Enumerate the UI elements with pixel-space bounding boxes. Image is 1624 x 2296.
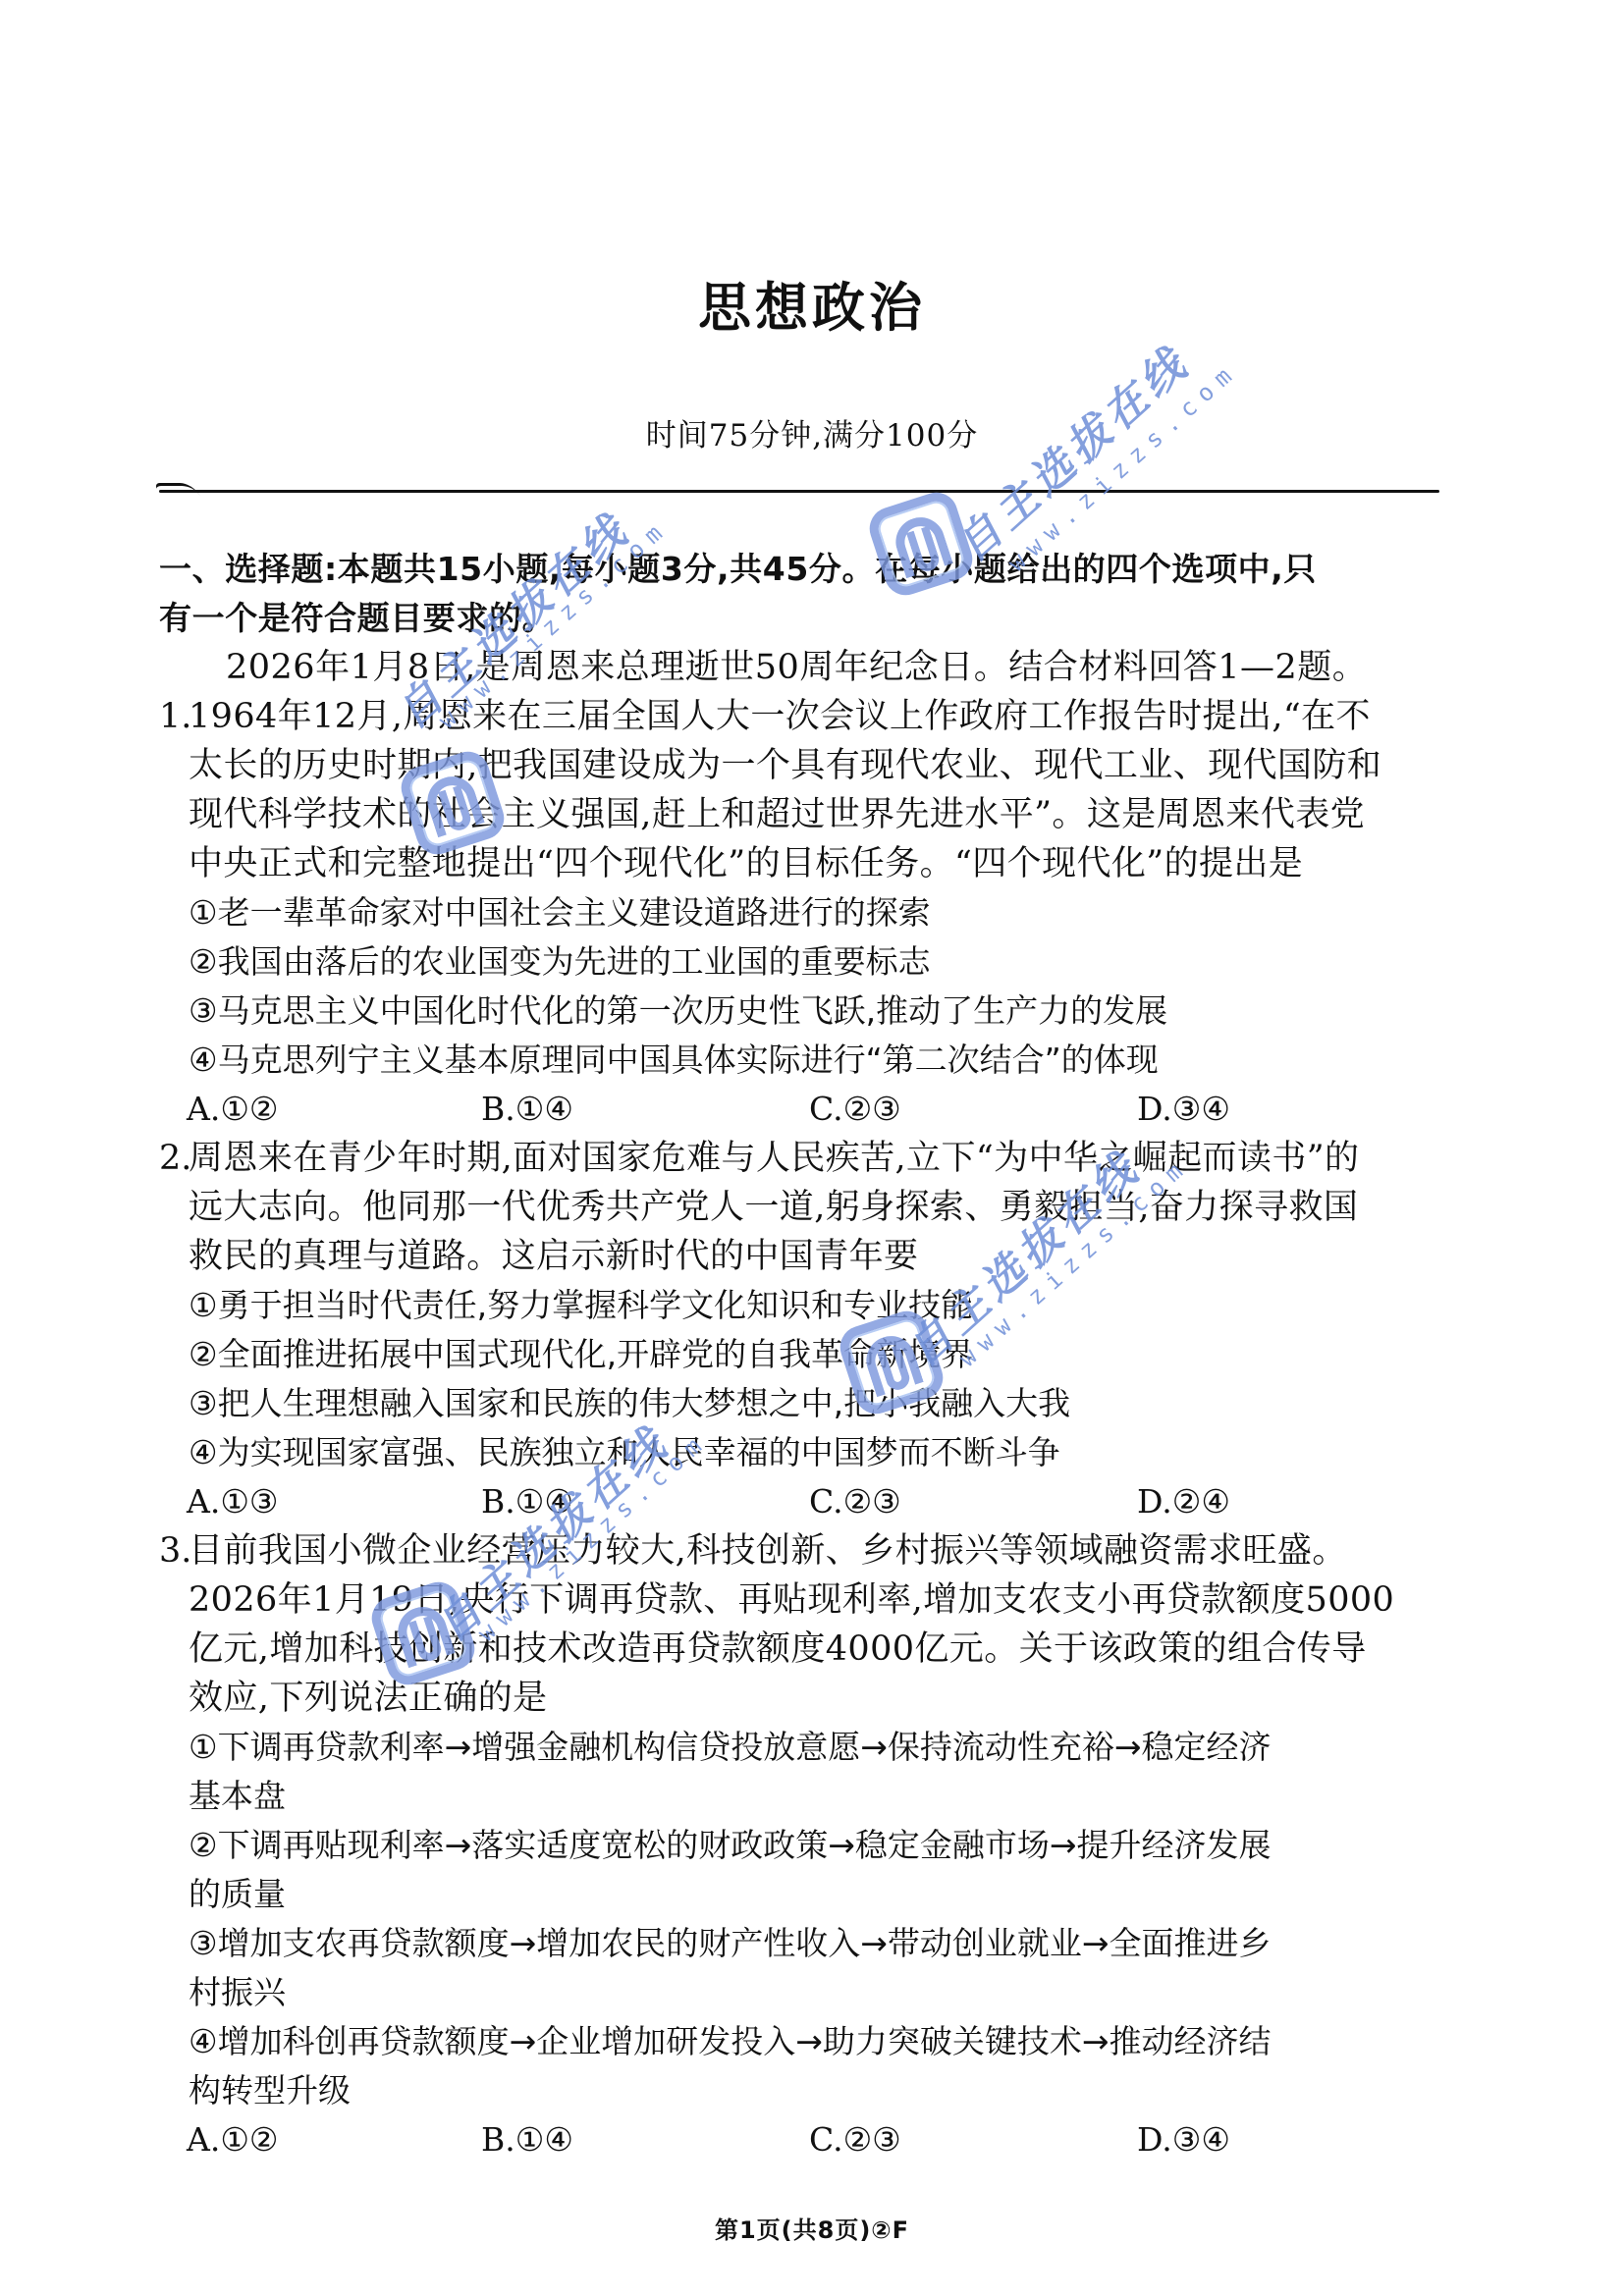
statement-3: ③增加支农再贷款额度→增加农民的财产性收入→带动创业就业→全面推进乡 bbox=[159, 1919, 1439, 1968]
statement-3-cont: 村振兴 bbox=[159, 1968, 1439, 2017]
question-stem-line: 远大志向。他同那一代优秀共产党人一道,躬身探索、勇毅担当,奋力探寻救国 bbox=[159, 1183, 1439, 1232]
option-a[interactable]: A.①② bbox=[187, 2115, 279, 2164]
statement-4: ④为实现国家富强、民族独立和人民幸福的中国梦而不断斗争 bbox=[159, 1428, 1439, 1477]
question-stem-line: 救民的真理与道路。这启示新时代的中国青年要 bbox=[159, 1232, 1439, 1281]
statement-2: ②下调再贴现利率→落实适度宽松的财政政策→稳定金融市场→提升经济发展 bbox=[159, 1821, 1439, 1870]
section-heading: 一、选择题:本题共15小题,每小题3分,共45分。在每小题给出的四个选项中,只 bbox=[159, 545, 1439, 594]
question-stem-line: 2026年1月19日,央行下调再贷款、再贴现利率,增加支农支小再贷款额度5000 bbox=[159, 1575, 1439, 1625]
question-stem-line: 1. 1964年12月,周恩来在三届全国人大一次会议上作政府工作报告时提出,“在… bbox=[159, 692, 1439, 741]
statement-3: ③马克思主义中国化时代化的第一次历史性飞跃,推动了生产力的发展 bbox=[159, 987, 1439, 1036]
statement-1: ①勇于担当时代责任,努力掌握科学文化知识和专业技能 bbox=[159, 1281, 1439, 1330]
question-stem-line: 太长的历史时期内,把我国建设成为一个具有现代农业、现代工业、现代国防和 bbox=[159, 741, 1439, 790]
option-a[interactable]: A.①② bbox=[187, 1085, 279, 1134]
question-number: 1. bbox=[159, 692, 189, 741]
exam-page: 思想政治 时间75分钟,满分100分 一、选择题:本题共15小题,每小题3分,共… bbox=[0, 0, 1624, 2296]
statement-1: ①下调再贷款利率→增强金融机构信贷投放意愿→保持流动性充裕→稳定经济 bbox=[159, 1723, 1439, 1772]
question-stem-line: 现代科学技术的社会主义强国,赶上和超过世界先进水平”。这是周恩来代表党 bbox=[159, 790, 1439, 839]
question-number: 3. bbox=[159, 1526, 189, 1575]
page-footer: 第1页(共8页)②F bbox=[0, 2211, 1624, 2245]
page-title: 思想政治 bbox=[0, 277, 1624, 340]
question-stem-line: 2. 周恩来在青少年时期,面对国家危难与人民疾苦,立下“为中华之崛起而读书”的 bbox=[159, 1134, 1439, 1183]
statement-2: ②全面推进拓展中国式现代化,开辟党的自我革命新境界 bbox=[159, 1330, 1439, 1379]
question-stem-line: 效应,下列说法正确的是 bbox=[159, 1674, 1439, 1723]
statement-1: ①老一辈革命家对中国社会主义建设道路进行的探索 bbox=[159, 888, 1439, 937]
exam-content: 一、选择题:本题共15小题,每小题3分,共45分。在每小题给出的四个选项中,只 … bbox=[159, 545, 1439, 2164]
option-d[interactable]: D.③④ bbox=[1137, 1085, 1230, 1134]
question-number: 2. bbox=[159, 1134, 189, 1183]
option-a[interactable]: A.①③ bbox=[187, 1477, 279, 1526]
answer-options: A.①② B.①④ C.②③ D.③④ bbox=[159, 1085, 1439, 1134]
option-b[interactable]: B.①④ bbox=[481, 1085, 573, 1134]
option-d[interactable]: D.②④ bbox=[1137, 1477, 1230, 1526]
option-c[interactable]: C.②③ bbox=[809, 1085, 901, 1134]
header-divider bbox=[159, 490, 1439, 493]
question-3: 3. 目前我国小微企业经营压力较大,科技创新、乡村振兴等领域融资需求旺盛。 20… bbox=[159, 1526, 1439, 2164]
question-1: 1. 1964年12月,周恩来在三届全国人大一次会议上作政府工作报告时提出,“在… bbox=[159, 692, 1439, 1134]
statement-4: ④马克思列宁主义基本原理同中国具体实际进行“第二次结合”的体现 bbox=[159, 1036, 1439, 1085]
statement-4-cont: 构转型升级 bbox=[159, 2066, 1439, 2115]
answer-options: A.①③ B.①④ C.②③ D.②④ bbox=[159, 1477, 1439, 1526]
question-stem-line: 3. 目前我国小微企业经营压力较大,科技创新、乡村振兴等领域融资需求旺盛。 bbox=[159, 1526, 1439, 1575]
question-2: 2. 周恩来在青少年时期,面对国家危难与人民疾苦,立下“为中华之崛起而读书”的 … bbox=[159, 1134, 1439, 1526]
option-b[interactable]: B.①④ bbox=[481, 1477, 573, 1526]
exam-time-and-score: 时间75分钟,满分100分 bbox=[0, 416, 1624, 455]
option-d[interactable]: D.③④ bbox=[1137, 2115, 1230, 2164]
statement-2-cont: 的质量 bbox=[159, 1870, 1439, 1919]
question-stem-line: 中央正式和完整地提出“四个现代化”的目标任务。“四个现代化”的提出是 bbox=[159, 839, 1439, 888]
answer-options: A.①② B.①④ C.②③ D.③④ bbox=[159, 2115, 1439, 2164]
question-stem-line: 亿元,增加科技创新和技术改造再贷款额度4000亿元。关于该政策的组合传导 bbox=[159, 1625, 1439, 1674]
material-intro: 2026年1月8日,是周恩来总理逝世50周年纪念日。结合材料回答1—2题。 bbox=[159, 643, 1439, 692]
section-heading-cont: 有一个是符合题目要求的。 bbox=[159, 594, 1439, 643]
statement-2: ②我国由落后的农业国变为先进的工业国的重要标志 bbox=[159, 937, 1439, 987]
option-b[interactable]: B.①④ bbox=[481, 2115, 573, 2164]
statement-4: ④增加科创再贷款额度→企业增加研发投入→助力突破关键技术→推动经济结 bbox=[159, 2017, 1439, 2066]
option-c[interactable]: C.②③ bbox=[809, 1477, 901, 1526]
statement-3: ③把人生理想融入国家和民族的伟大梦想之中,把小我融入大我 bbox=[159, 1379, 1439, 1428]
statement-1-cont: 基本盘 bbox=[159, 1772, 1439, 1821]
option-c[interactable]: C.②③ bbox=[809, 2115, 901, 2164]
